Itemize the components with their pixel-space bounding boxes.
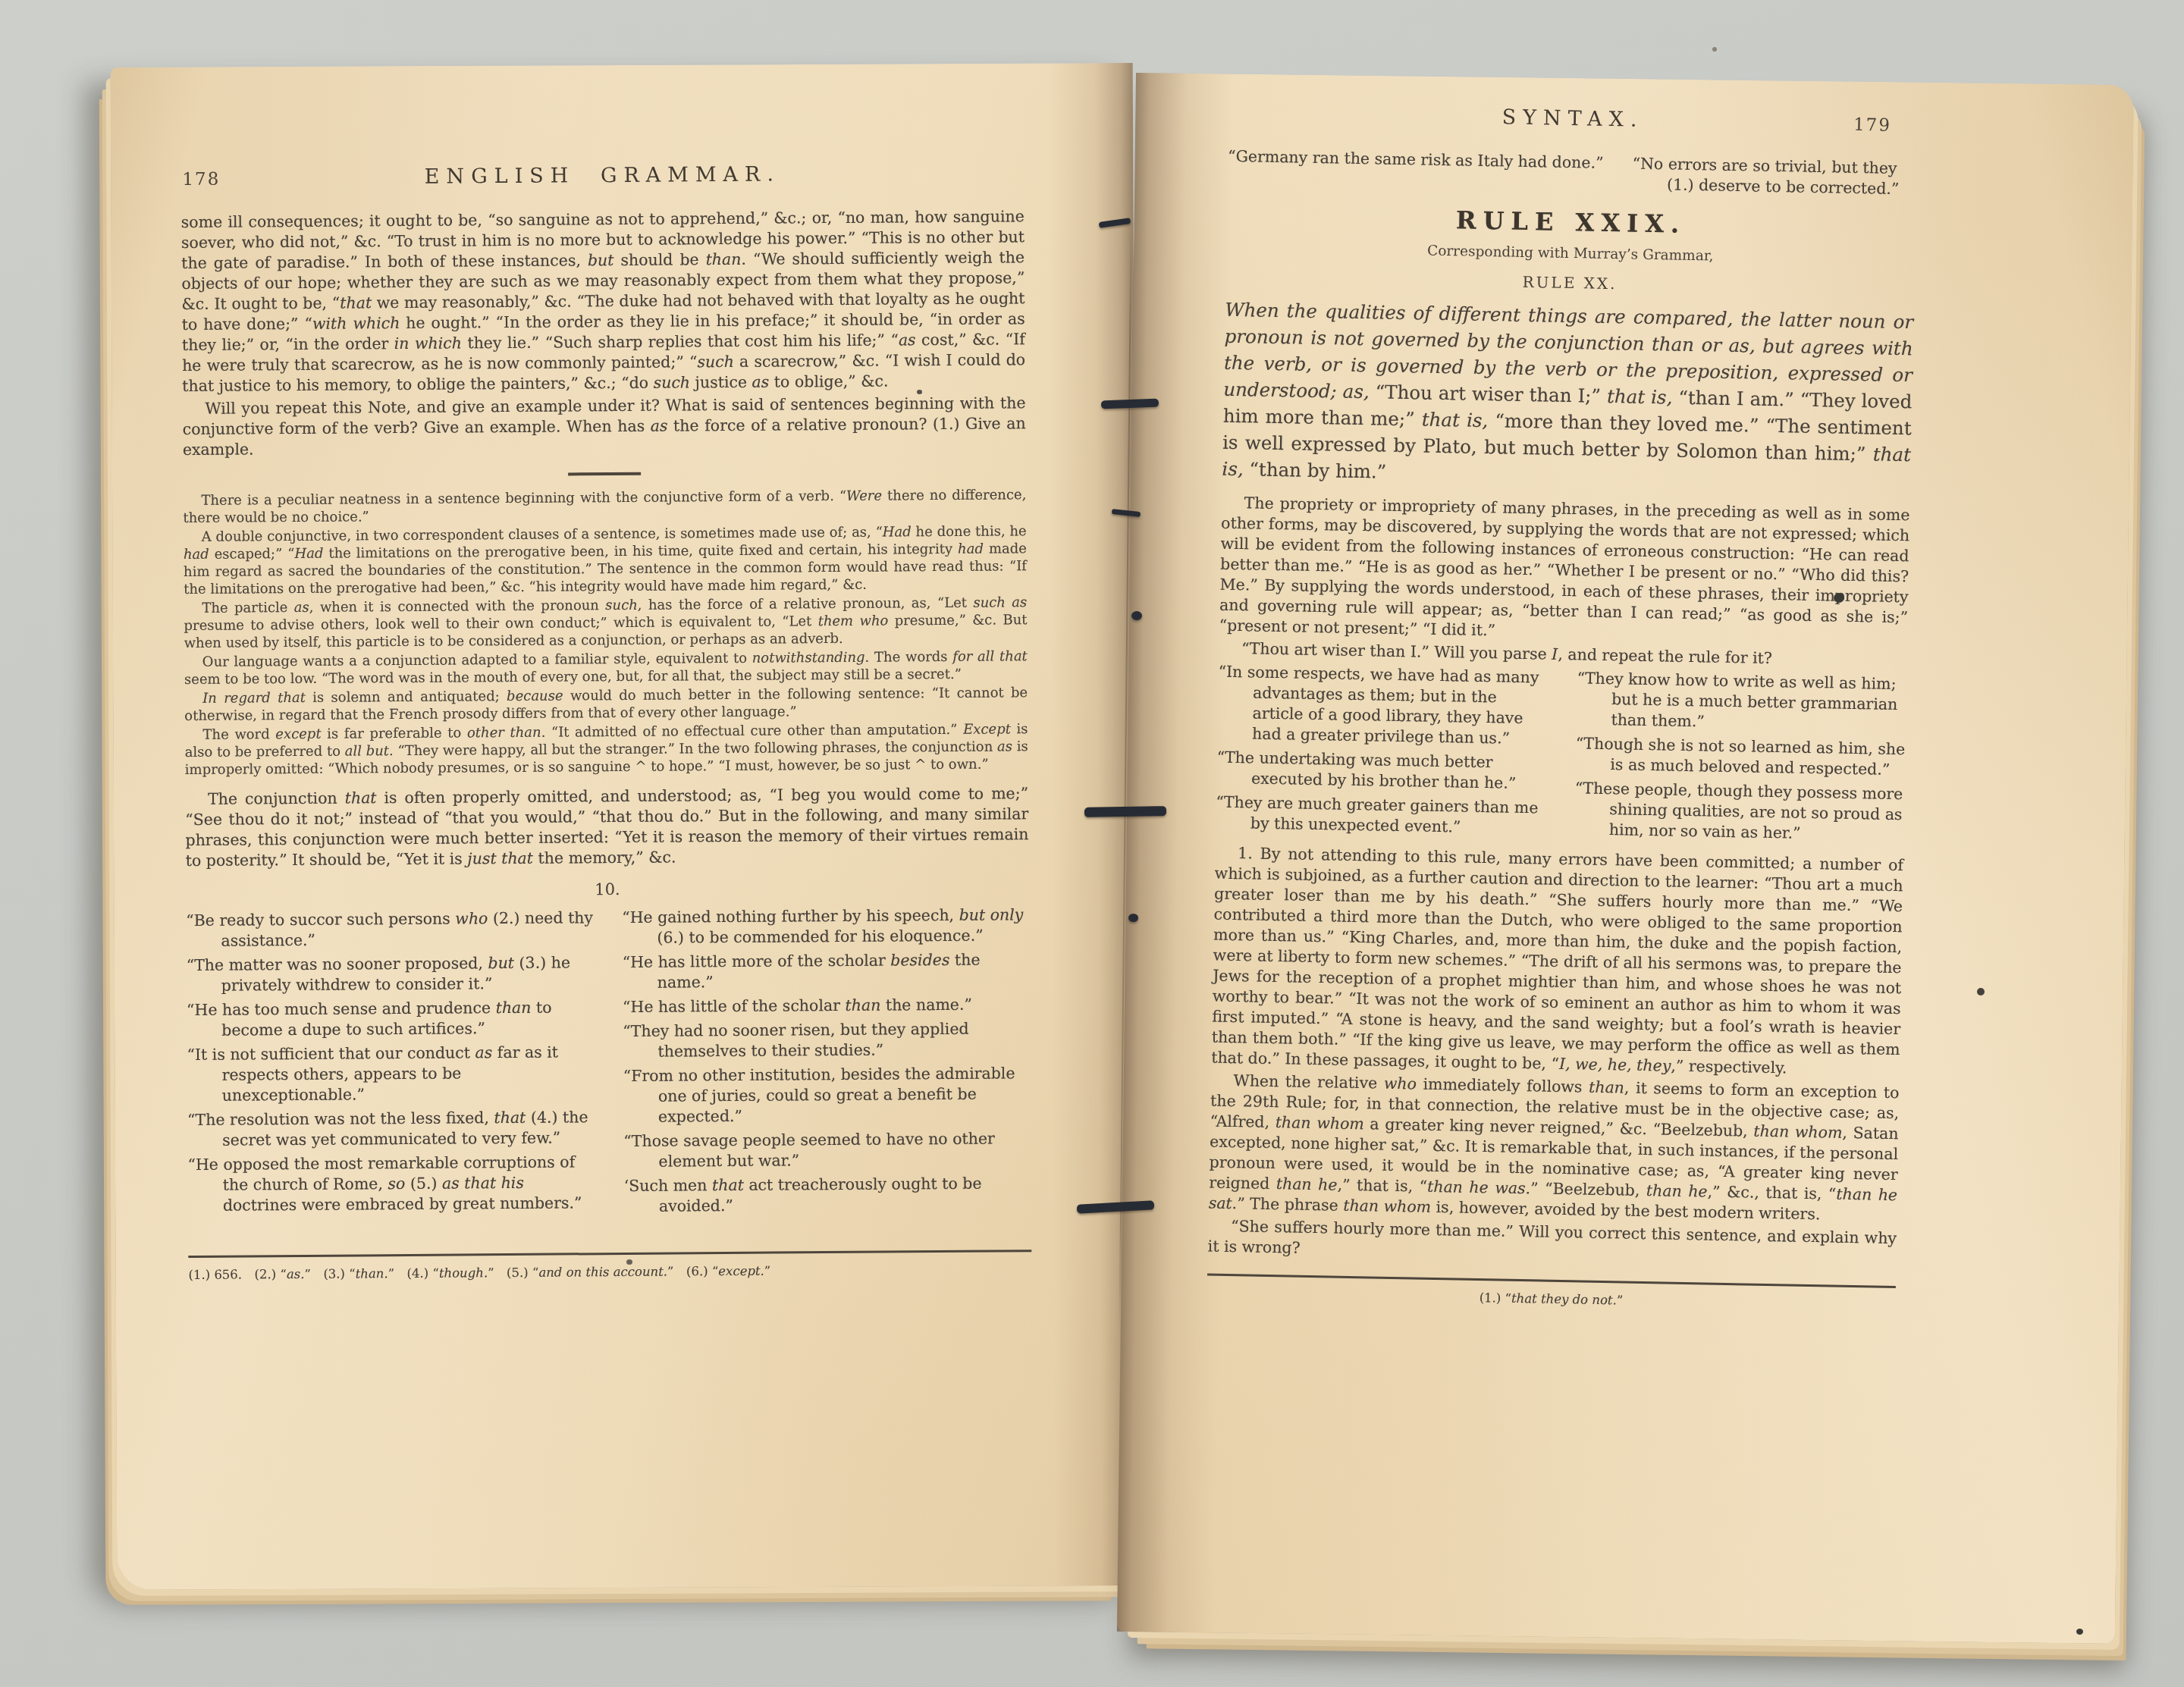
page-number-right: 179 — [1853, 115, 1891, 136]
exercise-columns-top-right-page: “Germany ran the same risk as Italy had … — [1227, 146, 1916, 204]
exercise-item: “They are much greater gainers than me b… — [1216, 792, 1546, 839]
exercise-item: “Be ready to succor such persons who (2.… — [186, 908, 593, 952]
exercise-item: “He has too much sense and prudence than… — [187, 997, 594, 1041]
page-left: 178 ENGLISH GRAMMAR. some ill consequenc… — [111, 63, 1140, 1590]
paragraph-relative-who: When the relative who immediately follow… — [1209, 1071, 1900, 1227]
exercise-item: “They had no sooner risen, but they appl… — [623, 1018, 1030, 1062]
paragraph-errors: 1. By not attending to this rule, many e… — [1211, 843, 1903, 1081]
exercise-item: “Germany ran the same risk as Italy had … — [1227, 146, 1603, 194]
note-paragraph: A double conjunctive, in two corresponde… — [184, 522, 1028, 598]
exercise-item: “He has little of the scholar than the n… — [623, 994, 1030, 1018]
section-divider — [568, 472, 641, 476]
binding-stitch — [1084, 806, 1166, 817]
running-head-right: SYNTAX. — [1501, 105, 1643, 131]
page-right: SYNTAX. 179 “Germany ran the same risk a… — [1117, 73, 2134, 1644]
ink-speck — [2076, 1629, 2083, 1635]
exercise-item: “They know how to write as well as him; … — [1576, 668, 1906, 735]
exercise-column-2: “They know how to write as well as him; … — [1574, 668, 1907, 849]
footnote-rule-left — [188, 1250, 1031, 1258]
open-book: 178 ENGLISH GRAMMAR. some ill consequenc… — [0, 0, 2184, 1687]
exercise-item: “It is not sufficient that our conduct a… — [187, 1042, 595, 1106]
rule-heading: RULE XXIX. — [1226, 202, 1916, 243]
ink-speck — [1834, 593, 1844, 603]
footnotes-left: (1.) 656. (2.) “as.” (3.) “than.” (4.) “… — [188, 1261, 1031, 1283]
page-number-left: 178 — [182, 170, 220, 190]
exercise-item: “The undertaking was much better execute… — [1216, 748, 1547, 795]
running-head-left: ENGLISH GRAMMAR. — [425, 162, 780, 188]
exercise-item: “These people, though they possess more … — [1574, 778, 1905, 845]
paragraph-catechism-question: Will you repeat this Note, and give an e… — [182, 393, 1026, 460]
exercise-item: “No errors are so trivial, but they (1.)… — [1632, 154, 1916, 200]
footnote-right: (1.) “that they do not.” — [1207, 1284, 1895, 1313]
exercise-item: “The resolution was not the less fixed, … — [187, 1107, 595, 1151]
paragraph-propriety: The propriety or impropriety of many phr… — [1219, 493, 1909, 649]
exercise-item: ‘Such men that act treacherously ought t… — [624, 1173, 1031, 1217]
exercise-column-2: “He gained nothing further by his speech… — [622, 905, 1031, 1221]
ink-speck — [626, 1259, 632, 1265]
exercise-item: “The matter was no sooner proposed, but … — [187, 952, 594, 996]
note-paragraph: Our language wants a a conjunction adapt… — [184, 648, 1028, 688]
ink-speck — [1712, 47, 1717, 52]
ink-speck — [917, 390, 922, 394]
page-header-right: SYNTAX. 179 — [1228, 101, 1918, 147]
paragraph-conjunction-that: The conjunction that is often properly o… — [185, 783, 1029, 871]
exercise-item: “Those savage people seemed to have no o… — [623, 1128, 1031, 1172]
exercise-columns-right-page: “In some respects, we have had as many a… — [1216, 662, 1907, 850]
note-paragraph: The word except is far preferable to oth… — [184, 720, 1028, 779]
rule-murray-reference: RULE XX. — [1225, 268, 1914, 299]
binding-stitch-knot — [1131, 611, 1142, 620]
ink-speck — [1977, 988, 1985, 996]
exercise-columns-left-page: “Be ready to succor such persons who (2.… — [186, 905, 1031, 1224]
note-paragraph: There is a peculiar neatness in a senten… — [183, 486, 1026, 527]
exercise-section-number: 10. — [186, 877, 1029, 902]
paragraph-continuation: some ill consequences; it ought to be, “… — [181, 206, 1026, 397]
exercise-item: “From no other institution, besides the … — [623, 1063, 1031, 1127]
binding-stitch-knot — [1128, 914, 1138, 922]
exercise-item: “He opposed the most remarkable corrupti… — [187, 1152, 595, 1216]
exercise-item: “He has little more of the scholar besid… — [623, 949, 1030, 993]
note-paragraph: In regard that is solemn and antiquated;… — [184, 684, 1028, 725]
exercise-item: “Though she is not so learned as him, sh… — [1575, 733, 1906, 780]
exercise-column-1: “In some respects, we have had as many a… — [1216, 662, 1549, 843]
exercise-item: “In some respects, we have had as many a… — [1217, 662, 1549, 750]
rule-text: When the qualities of different things a… — [1222, 296, 1913, 495]
note-paragraph: The particle as, when it is connected wi… — [184, 594, 1027, 652]
rule-subheading: Corresponding with Murray’s Grammar, — [1226, 240, 1915, 268]
exercise-column-1: “Be ready to succor such persons who (2.… — [186, 908, 595, 1224]
exercise-item: “He gained nothing further by his speech… — [622, 905, 1029, 949]
page-header-left: 178 ENGLISH GRAMMAR. — [180, 161, 1024, 200]
